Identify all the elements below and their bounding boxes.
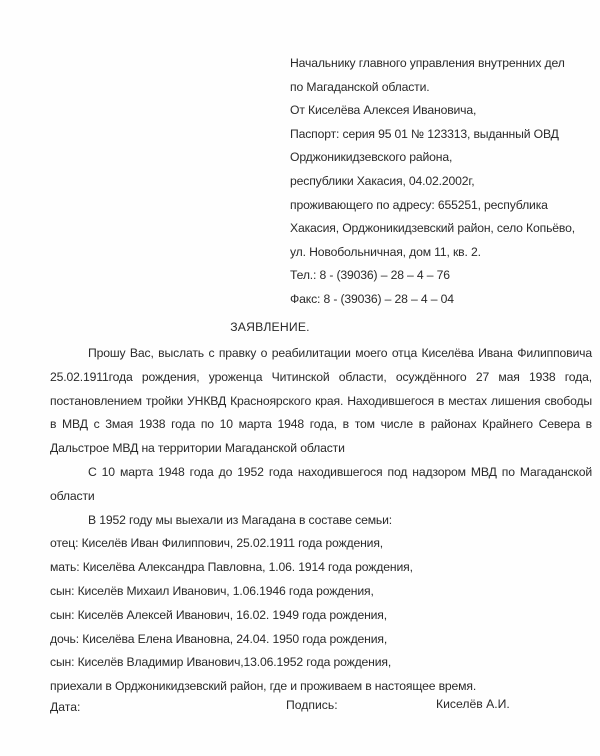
addressee-line: Начальнику главного управления внутренни… (290, 52, 595, 76)
addressee-block: Начальнику главного управления внутренни… (290, 52, 595, 312)
family-member: отец: Киселёв Иван Филиппович, 25.02.191… (50, 532, 592, 556)
signer-name: Киселёв А.И. (436, 697, 510, 711)
paragraph: С 10 марта 1948 года до 1952 года находи… (50, 461, 592, 509)
signature-label: Подпись: (286, 698, 338, 712)
addressee-line: республики Хакасия, 04.02.2002г, (290, 170, 595, 194)
family-member: сын: Киселёв Алексей Иванович, 16.02. 19… (50, 604, 592, 628)
addressee-line: От Киселёва Алексея Ивановича, (290, 99, 595, 123)
family-member: сын: Киселёв Владимир Иванович,13.06.195… (50, 651, 592, 675)
phone-line: Тел.: 8 - (39036) – 28 – 4 – 76 (290, 264, 595, 288)
addressee-line: проживающего по адресу: 655251, республи… (290, 194, 595, 218)
document-body: Прошу Вас, выслать с правку о реабилитац… (50, 342, 592, 699)
family-intro: В 1952 году мы выехали из Магадана в сос… (50, 509, 592, 533)
addressee-line: Хакасия, Орджоникидзевский район, село К… (290, 217, 595, 241)
family-member: сын: Киселёв Михаил Иванович, 1.06.1946 … (50, 580, 592, 604)
family-member: мать: Киселёва Александра Павловна, 1.06… (50, 556, 592, 580)
document-title: ЗАЯВЛЕНИЕ. (0, 320, 540, 334)
fax-line: Факс: 8 - (39036) – 28 – 4 – 04 (290, 288, 595, 312)
family-member: дочь: Киселёва Елена Ивановна, 24.04. 19… (50, 628, 592, 652)
family-list: отец: Киселёв Иван Филиппович, 25.02.191… (50, 532, 592, 675)
addressee-line: Орджоникидзевского района, (290, 146, 595, 170)
addressee-line: по Магаданской области. (290, 76, 595, 100)
closing-line: приехали в Орджоникидзевский район, где … (50, 675, 592, 699)
addressee-line: ул. Новобольничная, дом 11, кв. 2. (290, 241, 595, 265)
date-label: Дата: (50, 700, 80, 714)
paragraph: Прошу Вас, выслать с правку о реабилитац… (50, 342, 592, 461)
document-page: Начальнику главного управления внутренни… (0, 0, 600, 756)
addressee-line: Паспорт: серия 95 01 № 123313, выданный … (290, 123, 595, 147)
